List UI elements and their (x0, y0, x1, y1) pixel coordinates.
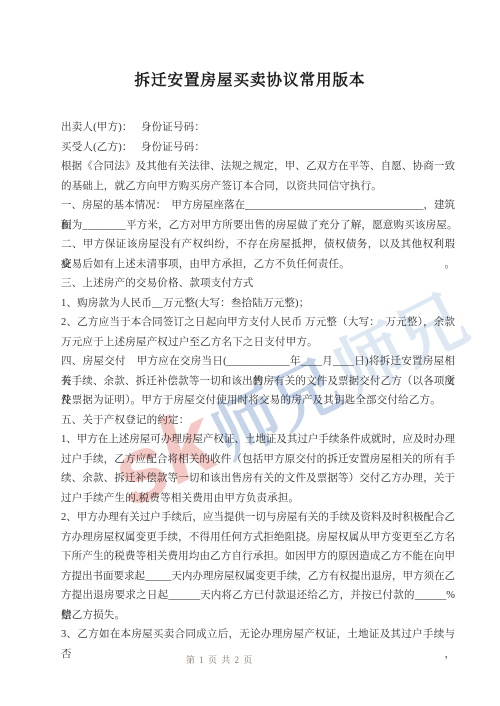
doc-line: 续、余款、拆迁补偿款等一切和该出售房有关的文件及票据等）交付乙方办理，关于 (61, 469, 455, 489)
doc-line-clause-1: 1、购房款为人民币__万元整(大写：叁拾陆万元整)； (61, 294, 455, 314)
document-title: 拆迁安置房屋买卖协议常用版本 (0, 68, 500, 90)
doc-line-section-2: 二、甲方保证该房屋没有产权纠纷，不存在房屋抵押，债权债务，以及其他权利瑕疵。 (61, 235, 455, 255)
doc-line: 有手续、余款、拆迁补偿款等一切和该出售房有关的文件及票据交付乙方（以各项文件 (61, 372, 455, 392)
doc-line-seller: 出卖人(甲方)： 身份证号码： (61, 118, 455, 138)
doc-line-section-1: 一、房屋的基本情况： 甲方房屋座落在______________________… (61, 196, 455, 216)
doc-line: 万元应于上述房屋产权过户至乙方名下之日支付甲方。 (61, 333, 455, 353)
doc-line: 积为________平方米，乙方对甲方所要出售的房屋做了充分了解，愿意购买该房屋… (61, 216, 455, 236)
doc-line: 的基础上，就乙方向甲方购买房产签订本合同，以资共同信守执行。 (61, 177, 455, 197)
doc-line: 过户手续，乙方应配合将相关的收件（包括甲方原交付的拆迁安置房屋相关的所有手 (61, 450, 455, 470)
doc-line-buyer: 买受人(乙方)： 身份证号码： (61, 138, 455, 158)
doc-line-section-3: 三、上述房产的交易价格、款项支付方式 (61, 274, 455, 294)
doc-line: 根据《合同法》及其他有关法律、法规之规定，甲、乙双方在平等、自愿、协商一致 (61, 157, 455, 177)
doc-line: 及票据为证明）。甲方于房屋交付使用时将交易的房产及其钥匙全部交付给乙方。 (61, 391, 455, 411)
doc-line: 过户手续产生的.税费等相关费用由甲方负责承担。 (61, 489, 455, 509)
doc-line-clause-2: 2、乙方应当于本合同签订之日起向甲方支付人民币 万元整（大写： 万元整），余款 (61, 313, 455, 333)
doc-line: 方办理房屋权属变更手续，不得用任何方式拒绝阻挠。房屋权属从甲方变更至乙方名 (61, 528, 455, 548)
doc-line: 偿乙方损失。 (61, 606, 455, 626)
doc-line: 方提出退房要求之日起______天内将乙方已付款退还给乙方，并按已付款的____… (61, 586, 455, 606)
doc-line-clause-2: 2、甲方办理有关过户手续后，应当提供一切与房屋有关的手续及资料及时积极配合乙 (61, 508, 455, 528)
contract-document-page: sk 师兄 师兄 拆迁安置房屋买卖协议常用版本 出卖人(甲方)： 身份证号码： … (0, 0, 500, 706)
doc-line-clause-1: 1、甲方在上述房屋可办理房屋产权证、土地证及其过户手续条件成就时，应及时办理 (61, 430, 455, 450)
doc-line: 方提出书面要求起_____天内办理房屋权属变更手续，乙方有权提出退房，甲方须在乙 (61, 567, 455, 587)
doc-line-section-5: 五、关于产权登记的约定： (61, 411, 455, 431)
page-number-footer: 第 1 页 共 2 页 (186, 653, 253, 666)
doc-line: 下所产生的税费等相关费用均由乙方自行承担。如因甲方的原因造成乙方不能在向甲 (61, 547, 455, 567)
doc-line-section-4: 四、房屋交付 甲方应在交房当日(____________年____月____日)… (61, 352, 455, 372)
document-body: 出卖人(甲方)： 身份证号码： 买受人(乙方)： 身份证号码： 根据《合同法》及… (61, 118, 455, 645)
doc-line-clause-3: 3、乙方如在本房屋买卖合同成立后，无论办理房屋产权证，土地证及其过户手续与否， (61, 625, 455, 645)
